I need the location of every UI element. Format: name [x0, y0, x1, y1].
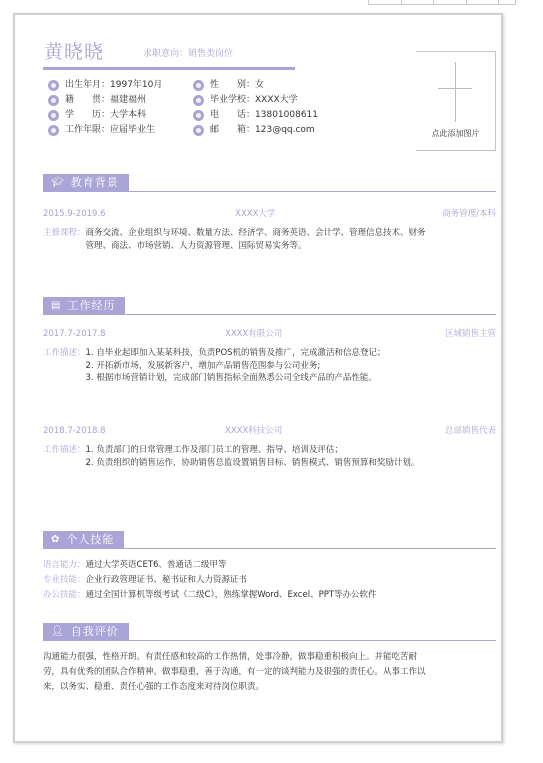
work-row-1: 2017.7-2017.8 XXXX有限公司 区域销售主管	[43, 328, 496, 340]
job-company: XXXX科技公司	[225, 425, 282, 437]
skill-item: 办公技能：通过全国计算机等级考试（二级C），熟练掌握Word、Excel、PPT…	[43, 588, 377, 603]
add-photo-caption: 点此添加图片	[416, 128, 495, 139]
clock-icon	[48, 80, 59, 91]
education-courses: 主修课程： 商务交流、企业组织与环境、数量方法、经济学、商务英语、会计学、管理信…	[43, 227, 498, 252]
graduation-cap-icon	[193, 95, 204, 106]
job-intent: 求职意向：销售类岗位	[143, 46, 233, 59]
section-title: 教育背景	[71, 174, 119, 192]
plus-icon-horizontal	[438, 88, 472, 89]
work-years-icon	[48, 125, 59, 136]
section-work-header: ▤工作经历	[43, 297, 496, 315]
person-icon: 👤︎	[51, 623, 65, 641]
section-skills-header: ✿个人技能	[43, 531, 496, 549]
info-hometown: 籍 贯：福建福州	[48, 93, 162, 108]
section-self-eval-header: 👤︎自我评价	[43, 623, 496, 641]
resume-page: 黄晓晓 求职意向：销售类岗位 出生年月：1997年10月 籍 贯：福建福州 学 …	[13, 13, 503, 743]
education-school: XXXX大学	[235, 208, 275, 220]
education-major: 商务管理/本科	[442, 208, 496, 220]
work-row-2: 2018.7-2018.8 XXXX科技公司 总部销售代表	[43, 425, 496, 437]
section-title: 工作经历	[67, 297, 115, 315]
education-period: 2015.9-2019.6	[43, 208, 106, 220]
section-title: 自我评价	[71, 623, 119, 641]
add-photo-button[interactable]: 点此添加图片	[416, 51, 496, 151]
info-education: 学 历：大学本科	[48, 108, 162, 123]
info-birth: 出生年月：1997年10月	[48, 78, 162, 93]
info-phone: 电 话：13801008611	[193, 108, 318, 123]
info-left-column: 出生年月：1997年10月 籍 贯：福建福州 学 历：大学本科 工作年限：应届毕…	[48, 78, 162, 138]
plus-icon-vertical	[455, 62, 456, 122]
mail-icon	[193, 125, 204, 136]
self-eval-text: 沟通能力很强，性格开朗。有责任感和较高的工作热情，处事冷静，做事稳重积极向上。并…	[43, 650, 501, 695]
gear-icon: ✿	[51, 531, 60, 549]
section-title: 个人技能	[66, 531, 114, 549]
education-icon	[48, 110, 59, 121]
education-row: 2015.9-2019.6 XXXX大学 商务管理/本科	[43, 208, 496, 220]
graduation-cap-icon: 🎓︎	[51, 174, 65, 192]
skills-list: 语言能力：通过大学英语CET6、普通话二级甲等 专业技能：企业行政管理证书、秘书…	[43, 558, 377, 603]
job-position: 总部销售代表	[445, 425, 496, 437]
info-email: 邮 箱：123@qq.com	[193, 123, 318, 138]
info-gender: 性 别：女	[193, 78, 318, 93]
job-position: 区域销售主管	[445, 328, 496, 340]
phone-icon	[193, 110, 204, 121]
work-desc-1: 工作描述： 1. 自毕业起即加入某某科技，负责POS机的销售及推广，完成激活和信…	[43, 347, 498, 385]
info-right-column: 性 别：女 毕业学校：XXXX大学 电 话：13801008611 邮 箱：12…	[193, 78, 318, 138]
info-work-years: 工作年限：应届毕业生	[48, 123, 162, 138]
location-pin-icon	[48, 95, 59, 106]
gender-icon	[193, 80, 204, 91]
job-company: XXXX有限公司	[225, 328, 282, 340]
job-period: 2018.7-2018.8	[43, 425, 106, 437]
skill-item: 语言能力：通过大学英语CET6、普通话二级甲等	[43, 558, 377, 573]
briefcase-icon: ▤	[51, 297, 61, 315]
info-school: 毕业学校：XXXX大学	[193, 93, 318, 108]
section-education-header: 🎓︎教育背景	[43, 174, 496, 192]
job-period: 2017.7-2017.8	[43, 328, 106, 340]
name-divider	[43, 67, 295, 70]
work-desc-2: 工作描述： 1. 负责部门的日常管理工作及部门员工的管理、指导、培训及评估； 2…	[43, 444, 498, 469]
top-tab-strip	[368, 0, 516, 5]
skill-item: 专业技能：企业行政管理证书、秘书证和人力资源证书	[43, 573, 377, 588]
candidate-name: 黄晓晓	[44, 37, 104, 64]
